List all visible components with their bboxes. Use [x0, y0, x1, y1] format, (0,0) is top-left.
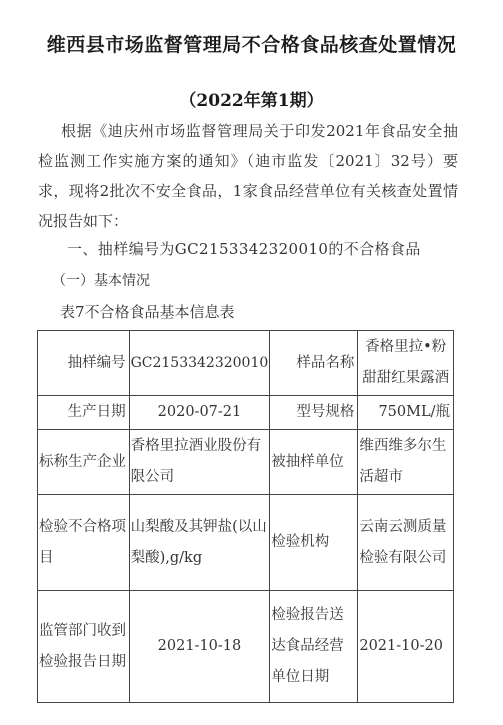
table-cell-value: 香格里拉•粉甜甜红果露酒 [358, 331, 454, 396]
table-cell-label: 抽样编号 [38, 331, 130, 396]
table-row: 监管部门收到检验报告日期 2021-10-18 检验报告送达食品经营单位日期 2… [38, 591, 454, 703]
table-cell-label: 样品名称 [270, 331, 358, 396]
table-cell-value: 2020-07-21 [129, 396, 270, 430]
table-cell-label: 生产日期 [38, 396, 130, 430]
subsection-heading: （一）基本情况 [52, 270, 150, 290]
table-row: 检验不合格项目 山梨酸及其钾盐(以山梨酸),g/kg 检验机构 云南云测质量检验… [38, 495, 454, 591]
table-cell-label: 检验不合格项目 [38, 495, 130, 591]
intro-paragraph: 根据《迪庆州市场监督管理局关于印发2021年食品安全抽检监测工作实施方案的通知》… [38, 116, 458, 236]
food-info-table: 抽样编号 GC2153342320010 样品名称 香格里拉•粉甜甜红果露酒 生… [37, 330, 454, 703]
table-cell-label: 监管部门收到检验报告日期 [38, 591, 130, 703]
table-cell-value: 2021-10-18 [129, 591, 270, 703]
table-cell-value: 2021-10-20 [358, 591, 454, 703]
table-cell-label: 型号规格 [270, 396, 358, 430]
table-cell-label: 检验机构 [270, 495, 358, 591]
table-caption: 表7不合格食品基本信息表 [60, 301, 235, 322]
table-row: 生产日期 2020-07-21 型号规格 750ML/瓶 [38, 396, 454, 430]
table-cell-label: 标称生产企业 [38, 430, 130, 495]
table-cell-label: 被抽样单位 [270, 430, 358, 495]
table-cell-value: 维西维多尔生活超市 [358, 430, 454, 495]
document-subtitle: （2022年第1期） [0, 86, 503, 111]
table-cell-value: 香格里拉酒业股份有限公司 [129, 430, 270, 495]
section-heading: 一、抽样编号为GC2153342320010的不合格食品 [67, 238, 421, 259]
table-row: 抽样编号 GC2153342320010 样品名称 香格里拉•粉甜甜红果露酒 [38, 331, 454, 396]
table-cell-label: 检验报告送达食品经营单位日期 [270, 591, 358, 703]
table-cell-value: GC2153342320010 [129, 331, 270, 396]
table-row: 标称生产企业 香格里拉酒业股份有限公司 被抽样单位 维西维多尔生活超市 [38, 430, 454, 495]
table-cell-value: 山梨酸及其钾盐(以山梨酸),g/kg [129, 495, 270, 591]
document-title: 维西县市场监督管理局不合格食品核查处置情况 [0, 30, 503, 57]
table-cell-value: 云南云测质量检验有限公司 [358, 495, 454, 591]
table-cell-value: 750ML/瓶 [358, 396, 454, 430]
